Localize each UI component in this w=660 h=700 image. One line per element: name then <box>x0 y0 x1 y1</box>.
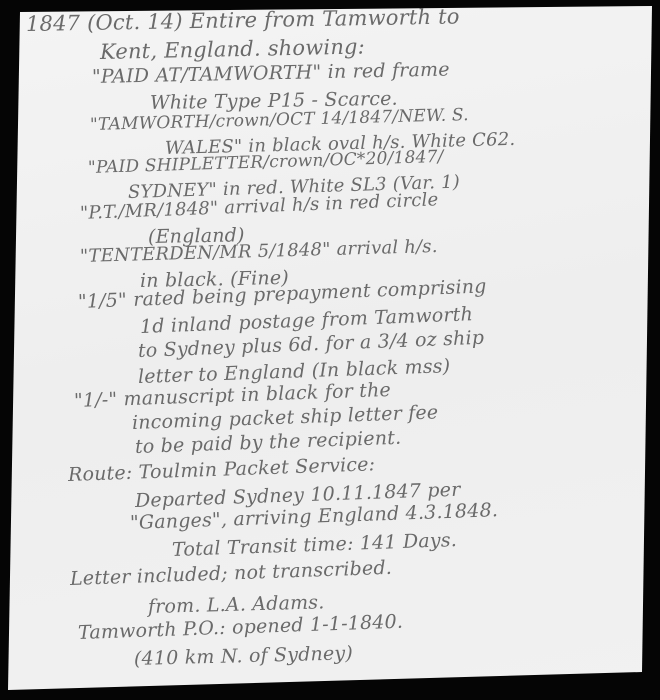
handwritten-line: Kent, England. showing: <box>100 36 365 63</box>
scan-background: 1847 (Oct. 14) Entire from Tamworth toKe… <box>0 0 660 700</box>
